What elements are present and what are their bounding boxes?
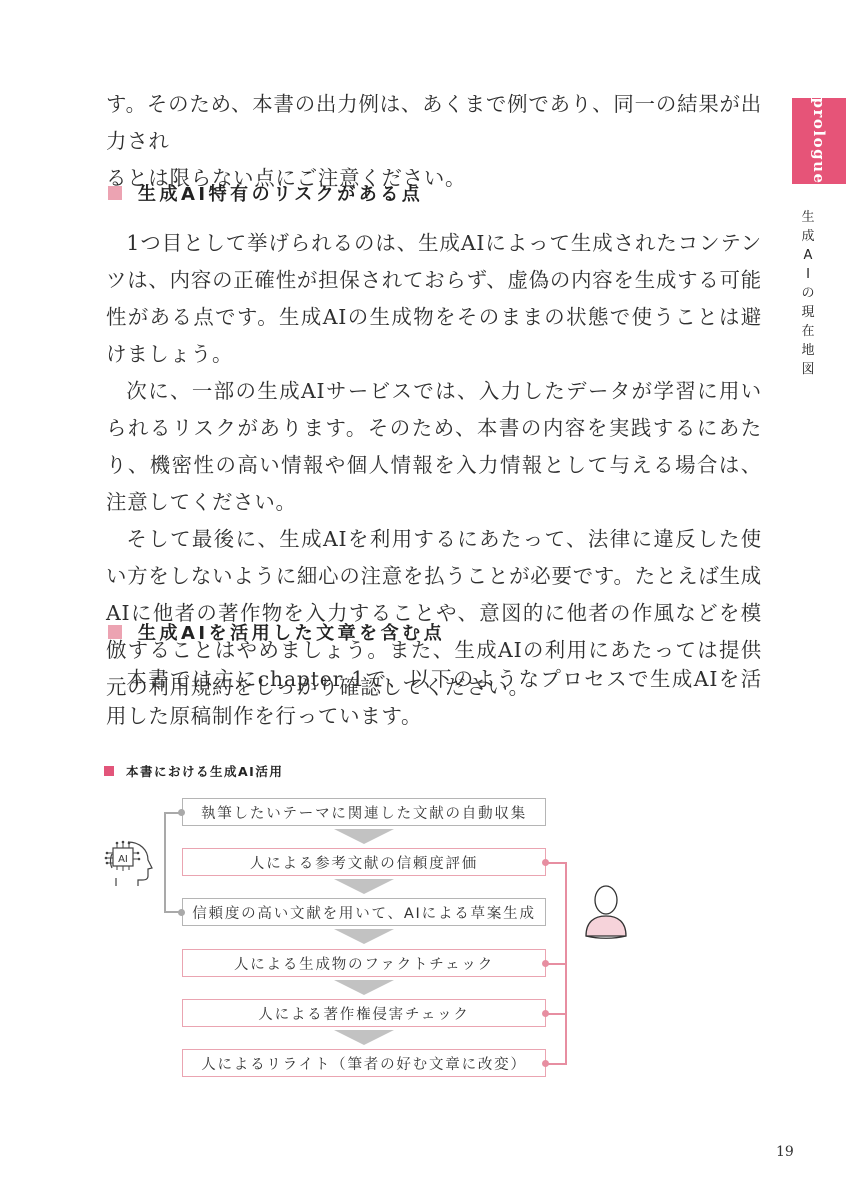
figure-title: 本書における生成AI活用 [104, 762, 283, 780]
human-connector-line [546, 1063, 566, 1065]
chapter-title-char: 在 [797, 322, 819, 341]
connector-dot [178, 909, 185, 916]
human-connector-line [546, 1013, 566, 1015]
step-label: 人による著作権侵害チェック [258, 1003, 469, 1024]
down-arrow-icon [334, 1030, 394, 1045]
figure-title-square-icon [104, 766, 114, 776]
intro-line: す。そのため、本書の出力例は、あくまで例であり、同一の結果が出力され [106, 86, 762, 160]
human-connector-line [546, 862, 566, 864]
heading-square-icon [108, 186, 122, 200]
section-heading-ai-text: 生成AIを活用した文章を含む点 [108, 619, 445, 645]
chapter-title-char: I [797, 265, 819, 284]
heading-square-icon [108, 625, 122, 639]
step-label: 人による生成物のファクトチェック [234, 953, 494, 974]
flow-step-human: 人による参考文献の信頼度評価 [182, 848, 546, 876]
paragraph: 本書では主にchapter 1で、以下のようなプロセスで生成AIを活用した原稿制… [106, 661, 762, 735]
flow-step-human: 人による生成物のファクトチェック [182, 949, 546, 977]
flow-step-human: 人による著作権侵害チェック [182, 999, 546, 1027]
section-heading-risk: 生成AI特有のリスクがある点 [108, 180, 423, 206]
flow-step-human: 人によるリライト（筆者の好む文章に改変） [182, 1049, 546, 1077]
paragraph: 次に、一部の生成AIサービスでは、入力したデータが学習に用いられるリスクがありま… [106, 373, 762, 521]
section2-body: 本書では主にchapter 1で、以下のようなプロセスで生成AIを活用した原稿制… [106, 661, 762, 735]
page-number: 19 [776, 1144, 794, 1160]
svg-text:AI: AI [118, 854, 128, 865]
chapter-title-char: 地 [797, 341, 819, 360]
chapter-title-char: 現 [797, 303, 819, 322]
flow-step-ai: 信頼度の高い文献を用いて、AIによる草案生成 [182, 898, 546, 926]
heading-text: 生成AIを活用した文章を含む点 [138, 619, 445, 645]
person-icon [580, 882, 632, 942]
prologue-tab: prologue [792, 98, 846, 184]
paragraph: 1つ目として挙げられるのは、生成AIによって生成されたコンテンツは、内容の正確性… [106, 225, 762, 373]
prologue-label: prologue [810, 97, 828, 184]
down-arrow-icon [334, 829, 394, 844]
chapter-title-char: の [797, 284, 819, 303]
figure-title-text: 本書における生成AI活用 [126, 762, 283, 780]
human-connector-line [565, 862, 567, 1065]
chapter-title-char: 生 [797, 208, 819, 227]
down-arrow-icon [334, 929, 394, 944]
down-arrow-icon [334, 980, 394, 995]
human-connector-line [546, 963, 566, 965]
connector-dot [178, 809, 185, 816]
down-arrow-icon [334, 879, 394, 894]
step-label: 人によるリライト（筆者の好む文章に改変） [201, 1053, 527, 1074]
ai-connector-line [164, 812, 166, 912]
chapter-title-char: 図 [797, 360, 819, 379]
flow-step-ai: 執筆したいテーマに関連した文献の自動収集 [182, 798, 546, 826]
chapter-title-vertical: 生 成 A I の 現 在 地 図 [797, 208, 819, 379]
chapter-title-char: 成 [797, 227, 819, 246]
step-label: 人による参考文献の信頼度評価 [250, 852, 478, 873]
heading-text: 生成AI特有のリスクがある点 [138, 180, 423, 206]
step-label: 執筆したいテーマに関連した文献の自動収集 [201, 802, 527, 823]
chapter-title-char: A [797, 246, 819, 265]
step-label: 信頼度の高い文献を用いて、AIによる草案生成 [192, 902, 536, 923]
ai-head-icon: AI [102, 838, 154, 888]
